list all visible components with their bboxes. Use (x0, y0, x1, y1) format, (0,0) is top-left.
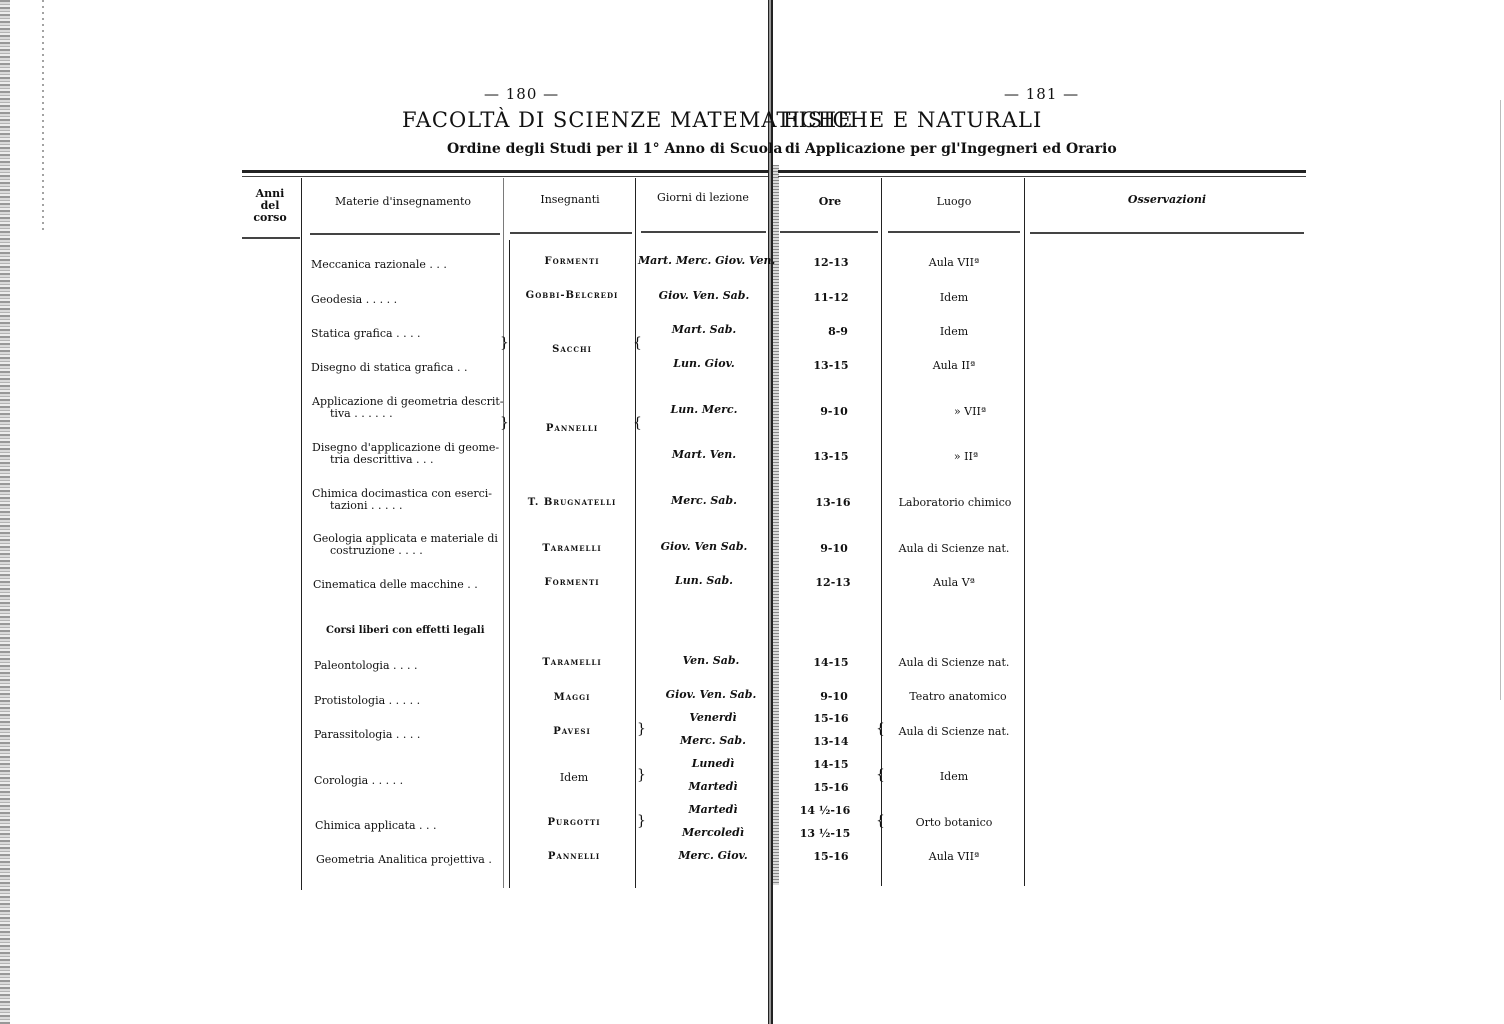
hours-cell: 15-16 (782, 781, 880, 794)
hours-cell: 9-10 (782, 405, 886, 418)
brace-icon: } (500, 416, 509, 430)
scan-edge-right (1500, 100, 1501, 700)
header-ore: Ore (780, 196, 880, 208)
days-cell: Merc. Giov. (638, 849, 788, 862)
header-rule (510, 232, 632, 234)
subject-cell: Protistologia . . . . . (314, 695, 420, 707)
teacher-cell: Purgotti (509, 817, 639, 828)
teacher-cell: Taramelli (509, 657, 635, 668)
header-giorni: Giorni di lezione (638, 192, 768, 204)
days-cell: Giov. Ven. Sab. (638, 289, 770, 302)
column-divider (301, 178, 302, 890)
left-page-subtitle: Ordine degli Studi per il 1° Anno di Scu… (447, 141, 782, 157)
place-cell: Aula VIIª (884, 256, 1024, 269)
days-cell: Martedì (638, 803, 788, 816)
subject-cell-continuation: tria descrittiva . . . (330, 454, 434, 466)
days-cell: Mercoledì (638, 826, 788, 839)
brace-icon: { (633, 416, 642, 430)
days-cell: Mart. Ven. (638, 448, 770, 461)
place-cell: Idem (884, 291, 1024, 304)
hours-cell: 13-15 (782, 359, 880, 372)
days-cell: Mart. Sab. (638, 323, 770, 336)
days-cell: Venerdì (638, 711, 788, 724)
hours-cell: 15-16 (782, 712, 880, 725)
subject-cell-continuation: tazioni . . . . . (330, 500, 402, 512)
hours-cell: 14 ½-16 (782, 804, 868, 817)
days-cell: Giov. Ven. Sab. (638, 688, 784, 701)
header-rule (1030, 232, 1304, 234)
subject-cell: Geometria Analitica projettiva . (316, 854, 492, 866)
left-page-number: — 180 — (484, 85, 559, 103)
section-label-corsi-liberi: Corsi liberi con effetti legali (326, 625, 485, 636)
header-insegnanti: Insegnanti (505, 194, 635, 206)
subject-cell: Meccanica razionale . . . (311, 259, 447, 271)
subject-cell: Parassitologia . . . . (314, 729, 420, 741)
header-materie: Materie d'insegnamento (305, 196, 501, 208)
place-cell: Orto botanico (884, 816, 1024, 829)
teacher-cell: Idem (509, 771, 639, 784)
right-page-subtitle: di Applicazione per gl'Ingegneri ed Orar… (785, 141, 1117, 157)
hours-cell: 9-10 (782, 690, 886, 703)
header-rule (641, 231, 766, 233)
subject-cell: Disegno di statica grafica . . (311, 362, 467, 374)
place-cell: Aula di Scienze nat. (884, 542, 1024, 555)
scan-edge-left (0, 0, 10, 1024)
header-anni-line: corso (246, 212, 294, 224)
hours-cell: 8-9 (782, 325, 894, 338)
header-anni-del-corso: Anni del corso (246, 188, 294, 224)
subject-cell: Chimica applicata . . . (315, 820, 437, 832)
place-cell: Teatro anatomico (888, 690, 1028, 703)
days-cell: Mart. Merc. Giov. Ven. (638, 254, 770, 267)
teacher-cell: Pannelli (509, 851, 639, 862)
days-cell: Lunedì (638, 757, 788, 770)
days-cell: Merc. Sab. (638, 494, 770, 507)
teacher-cell: Pannelli (509, 423, 635, 434)
days-cell: Lun. Giov. (638, 357, 770, 370)
subject-cell: Cinematica delle macchine . . (313, 579, 478, 591)
subject-cell-continuation: tiva . . . . . . (330, 408, 393, 420)
brace-icon: { (633, 336, 642, 350)
header-rule (888, 231, 1020, 233)
header-rule (780, 231, 878, 233)
hours-cell: 15-16 (782, 850, 880, 863)
right-page-number: — 181 — (1004, 85, 1079, 103)
hours-cell: 12-13 (782, 576, 884, 589)
column-divider (509, 240, 510, 888)
header-rule (242, 237, 300, 239)
days-cell: Ven. Sab. (638, 654, 784, 667)
header-rule (310, 233, 500, 235)
subject-cell-continuation: costruzione . . . . (330, 545, 423, 557)
header-luogo: Luogo (884, 196, 1024, 208)
subject-cell: Paleontologia . . . . (314, 660, 417, 672)
teacher-cell: Maggi (509, 692, 635, 703)
scan-edge-dots (42, 0, 44, 230)
days-cell: Martedì (638, 780, 788, 793)
subject-cell: Corologia . . . . . (314, 775, 403, 787)
teacher-cell: Formenti (509, 256, 635, 267)
place-cell: » VIIª (900, 405, 1040, 418)
place-cell: Idem (884, 325, 1024, 338)
place-cell: Aula Vª (884, 576, 1024, 589)
place-cell: Aula VIIª (884, 850, 1024, 863)
header-osservazioni: Osservazioni (1028, 194, 1306, 206)
column-divider (1024, 178, 1025, 886)
place-cell: Laboratorio chimico (884, 496, 1026, 509)
right-page-title: FISICHE E NATURALI (783, 108, 1042, 132)
days-cell: Giov. Ven Sab. (638, 540, 770, 553)
brace-icon: } (500, 336, 509, 350)
gutter-shadow (773, 165, 779, 885)
table-top-rule-right (778, 170, 1306, 173)
hours-cell: 14-15 (782, 758, 880, 771)
teacher-cell: Formenti (509, 577, 635, 588)
place-cell: » IIª (896, 450, 1036, 463)
hours-cell: 11-12 (782, 291, 880, 304)
teacher-cell: Taramelli (509, 543, 635, 554)
place-cell: Idem (884, 770, 1024, 783)
hours-cell: 13 ½-15 (782, 827, 868, 840)
days-cell: Lun. Sab. (638, 574, 770, 587)
days-cell: Lun. Merc. (638, 403, 770, 416)
hours-cell: 13-15 (782, 450, 880, 463)
subject-cell: Statica grafica . . . . (311, 328, 421, 340)
days-cell: Merc. Sab. (638, 734, 788, 747)
table-top-rule-left (242, 170, 768, 173)
column-divider (503, 178, 504, 888)
hours-cell: 13-14 (782, 735, 880, 748)
teacher-cell: Sacchi (509, 344, 635, 355)
hours-cell: 9-10 (782, 542, 886, 555)
hours-cell: 13-16 (782, 496, 884, 509)
teacher-cell: Gobbi-Belcredi (509, 290, 635, 301)
place-cell: Aula di Scienze nat. (884, 656, 1024, 669)
place-cell: Aula IIª (884, 359, 1024, 372)
teacher-cell: T. Brugnatelli (509, 497, 635, 508)
teacher-cell: Pavesi (509, 726, 635, 737)
place-cell: Aula di Scienze nat. (884, 725, 1024, 738)
table-top-rule-left-thin (242, 176, 768, 177)
subject-cell: Geodesia . . . . . (311, 294, 397, 306)
hours-cell: 14-15 (782, 656, 880, 669)
hours-cell: 12-13 (782, 256, 880, 269)
table-top-rule-right-thin (778, 176, 1306, 177)
